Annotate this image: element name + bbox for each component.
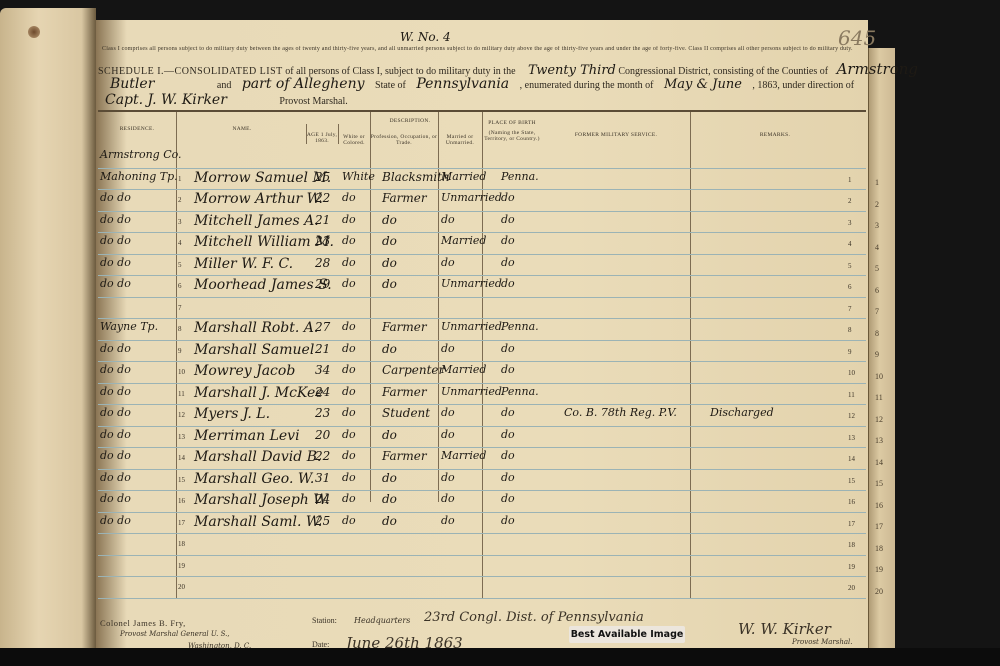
age: 24 <box>315 492 330 506</box>
line-number: 4 <box>848 240 852 248</box>
title-line-2: Butler and part of Allegheny State of Pe… <box>110 76 854 92</box>
line-number: 14 <box>848 455 855 463</box>
table-row: do do10Mowrey Jacob34doCarpenterMarriedd… <box>98 361 866 384</box>
table-row: 1919 <box>98 555 866 578</box>
person-name: Myers J. L. <box>194 406 270 422</box>
occupation: Farmer <box>382 385 427 399</box>
binding-hole <box>28 26 40 38</box>
row-number: 13 <box>178 433 185 441</box>
white-or-colored: do <box>342 449 356 462</box>
row-number: 8 <box>178 325 182 333</box>
residence: do do <box>100 363 131 376</box>
line-number: 19 <box>848 563 855 571</box>
row-number: 7 <box>178 304 182 312</box>
age: 21 <box>315 342 330 356</box>
marital-status: do <box>441 342 455 355</box>
line-number: 12 <box>848 412 855 420</box>
occupation: do <box>382 428 397 442</box>
occupation: Student <box>382 406 430 420</box>
facing-line-number: 1 <box>875 178 879 187</box>
white-or-colored: do <box>342 342 356 355</box>
row-number: 1 <box>178 175 182 183</box>
marshal-handwritten: Capt. J. W. Kirker <box>105 92 227 108</box>
person-name: Marshall David B. <box>194 449 321 465</box>
facing-line-number: 7 <box>875 307 879 316</box>
marital-status: Married <box>441 449 486 462</box>
marital-status: Unmarried <box>441 320 502 333</box>
table-row: do do12Myers J. L.23doStudentdodoCo. B. … <box>98 404 866 427</box>
occupation: Farmer <box>382 191 427 205</box>
white-or-colored: do <box>342 471 356 484</box>
marital-status: do <box>441 471 455 484</box>
place-of-birth: do <box>501 256 515 269</box>
col-white-colored: White or Colored. <box>338 134 370 146</box>
table-row: do do11Marshall J. McKee24doFarmerUnmarr… <box>98 383 866 406</box>
marital-status: do <box>441 514 455 527</box>
left-page <box>0 8 96 658</box>
enumerated-label: , enumerated during the month of <box>520 80 654 91</box>
line-number: 5 <box>848 262 852 270</box>
facing-line-number: 19 <box>875 565 883 574</box>
white-or-colored: do <box>342 428 356 441</box>
scan-border <box>0 648 1000 666</box>
col-residence: RESIDENCE. <box>102 126 172 132</box>
col-married: Married or Unmarried. <box>438 134 482 146</box>
marital-status: Married <box>441 170 486 183</box>
addressee-title: Provost Marshal General U. S., <box>120 630 230 638</box>
table-row: do do6Moorhead James S.29dodoUnmarrieddo… <box>98 275 866 298</box>
residence: do do <box>100 406 131 419</box>
white-or-colored: do <box>342 385 356 398</box>
age: 22 <box>315 191 330 205</box>
table-row: Armstrong Co. <box>98 146 866 169</box>
table-row: do do2Morrow Arthur W.22doFarmerUnmarrie… <box>98 189 866 212</box>
table-row: 1818 <box>98 533 866 556</box>
facing-line-number: 5 <box>875 264 879 273</box>
facing-page-edge: 1234567891011121314151617181920 <box>868 48 895 648</box>
state-handwritten: Pennsylvania <box>416 76 509 92</box>
row-number: 15 <box>178 476 185 484</box>
occupation: do <box>382 471 397 485</box>
age: 31 <box>315 471 330 485</box>
line-number: 9 <box>848 348 852 356</box>
residence: do do <box>100 256 131 269</box>
place-of-birth: do <box>501 342 515 355</box>
facing-line-number: 11 <box>875 393 883 402</box>
residence: do do <box>100 385 131 398</box>
enrollment-table: RESIDENCE. NAME. AGE 1 July, 1863. White… <box>98 110 866 598</box>
table-row: Wayne Tp.8Marshall Robt. A.27doFarmerUnm… <box>98 318 866 341</box>
person-name: Morrow Arthur W. <box>194 191 323 207</box>
line-number: 10 <box>848 369 855 377</box>
and-label: and <box>217 80 231 91</box>
place-of-birth: do <box>501 428 515 441</box>
person-name: Marshall Saml. W. <box>194 514 322 530</box>
line-number: 16 <box>848 498 855 506</box>
person-name: Mitchell William M. <box>194 234 334 250</box>
occupation: do <box>382 213 397 227</box>
place-of-birth: Penna. <box>501 385 539 398</box>
person-name: Mitchell James A. <box>194 213 319 229</box>
line-number: 15 <box>848 477 855 485</box>
line-number: 2 <box>848 197 852 205</box>
col-place-of-birth-sub: (Naming the State, Territory, or Country… <box>482 130 542 142</box>
station-label: Station: <box>312 616 337 625</box>
residence: Mahoning Tp. <box>100 170 178 183</box>
table-row: do do15Marshall Geo. W.31dodododo15 <box>98 469 866 492</box>
line-number: 20 <box>848 584 855 592</box>
facing-line-number: 6 <box>875 286 879 295</box>
row-number: 5 <box>178 261 182 269</box>
white-or-colored: do <box>342 320 356 333</box>
row-number: 20 <box>178 583 185 591</box>
white-or-colored: do <box>342 191 356 204</box>
occupation: do <box>382 234 397 248</box>
person-name: Marshall Geo. W. <box>194 471 314 487</box>
occupation: do <box>382 514 397 528</box>
state-label: State of <box>375 80 406 91</box>
occupation: Farmer <box>382 449 427 463</box>
place-of-birth: do <box>501 363 515 376</box>
row-number: 14 <box>178 454 185 462</box>
residence: Armstrong Co. <box>100 148 182 161</box>
residence: Wayne Tp. <box>100 320 158 333</box>
place-of-birth: do <box>501 191 515 204</box>
facing-line-number: 2 <box>875 200 879 209</box>
line-number: 13 <box>848 434 855 442</box>
occupation: do <box>382 256 397 270</box>
line-number: 8 <box>848 326 852 334</box>
facing-line-number: 16 <box>875 501 883 510</box>
row-number: 4 <box>178 239 182 247</box>
age: 21 <box>315 213 330 227</box>
age: 23 <box>315 406 330 420</box>
class-definition-note: Class I comprises all persons subject to… <box>102 46 862 52</box>
row-number: 11 <box>178 390 185 398</box>
table-row: do do17Marshall Saml. W.25dodododo17 <box>98 512 866 535</box>
months-handwritten: May & June <box>664 77 742 92</box>
table-row: 77 <box>98 297 866 320</box>
marital-status: Unmarried <box>441 385 502 398</box>
marital-status: Married <box>441 234 486 247</box>
age: 20 <box>315 428 330 442</box>
residence: do do <box>100 428 131 441</box>
signature-label: Provost Marshal. <box>792 638 853 646</box>
year-label: , 1863, under direction of <box>752 80 854 91</box>
residence: do do <box>100 213 131 226</box>
place-of-birth: do <box>501 492 515 505</box>
person-name: Morrow Samuel M. <box>194 170 331 186</box>
row-number: 16 <box>178 497 185 505</box>
row-number: 6 <box>178 282 182 290</box>
age: 25 <box>315 514 330 528</box>
row-number: 3 <box>178 218 182 226</box>
residence: do do <box>100 191 131 204</box>
table-row: Mahoning Tp.1Morrow Samuel M.25WhiteBlac… <box>98 168 866 191</box>
residence: do do <box>100 492 131 505</box>
place-of-birth: do <box>501 514 515 527</box>
table-row: do do9Marshall Samuel21dodododo9 <box>98 340 866 363</box>
table-row: do do3Mitchell James A.21dodododo3 <box>98 211 866 234</box>
person-name: Merriman Levi <box>194 428 300 444</box>
residence: do do <box>100 342 131 355</box>
top-mark: W. No. 4 <box>400 30 451 44</box>
station-handwritten: 23rd Congl. Dist. of Pennsylvania <box>424 610 644 625</box>
marshal-label: Provost Marshal. <box>279 96 347 107</box>
facing-line-number: 13 <box>875 436 883 445</box>
col-description: DESCRIPTION. <box>338 118 482 124</box>
line-number: 7 <box>848 305 852 313</box>
white-or-colored: White <box>342 170 375 183</box>
person-name: Miller W. F. C. <box>194 256 293 272</box>
col-age: AGE 1 July, 1863. <box>306 132 338 144</box>
age: 27 <box>315 320 330 334</box>
person-name: Marshall Samuel <box>194 342 314 358</box>
line-number: 11 <box>848 391 855 399</box>
table-row: do do4Mitchell William M.23dodoMarrieddo… <box>98 232 866 255</box>
place-of-birth: do <box>501 449 515 462</box>
col-profession: Profession, Occupation, or Trade. <box>370 134 438 146</box>
place-of-birth: do <box>501 213 515 226</box>
residence: do do <box>100 234 131 247</box>
col-name: NAME. <box>178 126 306 132</box>
table-row: do do5Miller W. F. C.28dodododo5 <box>98 254 866 277</box>
row-number: 18 <box>178 540 185 548</box>
residence: do do <box>100 449 131 462</box>
facing-line-number: 15 <box>875 479 883 488</box>
age: 24 <box>315 385 330 399</box>
remarks: Discharged <box>710 406 774 419</box>
person-name: Marshall Joseph W. <box>194 492 330 508</box>
age: 34 <box>315 363 330 377</box>
table-row: do do16Marshall Joseph W.24dodododo16 <box>98 490 866 513</box>
line-number: 3 <box>848 219 852 227</box>
row-number: 9 <box>178 347 182 355</box>
facing-line-number: 17 <box>875 522 883 531</box>
facing-line-number: 10 <box>875 372 883 381</box>
white-or-colored: do <box>342 492 356 505</box>
white-or-colored: do <box>342 363 356 376</box>
row-number: 12 <box>178 411 185 419</box>
station-printed: Headquarters <box>354 616 410 625</box>
person-name: Marshall Robt. A. <box>194 320 318 336</box>
table-row: do do14Marshall David B.22doFarmerMarrie… <box>98 447 866 470</box>
occupation: Blacksmith <box>382 170 450 184</box>
addressee-name: Colonel James B. Fry, <box>100 618 186 628</box>
age: 25 <box>315 170 330 184</box>
line-number: 1 <box>848 176 852 184</box>
age: 23 <box>315 234 330 248</box>
marital-status: Unmarried <box>441 191 502 204</box>
line-number: 6 <box>848 283 852 291</box>
table-row: 2020 <box>98 576 866 599</box>
facing-line-number: 20 <box>875 587 883 596</box>
place-of-birth: Penna. <box>501 320 539 333</box>
row-number: 2 <box>178 196 182 204</box>
white-or-colored: do <box>342 406 356 419</box>
facing-line-number: 3 <box>875 221 879 230</box>
line-number: 17 <box>848 520 855 528</box>
age: 22 <box>315 449 330 463</box>
facing-line-number: 9 <box>875 350 879 359</box>
residence: do do <box>100 471 131 484</box>
place-of-birth: Penna. <box>501 170 539 183</box>
facing-line-number: 12 <box>875 415 883 424</box>
marital-status: do <box>441 256 455 269</box>
occupation: Farmer <box>382 320 427 334</box>
marital-status: Married <box>441 363 486 376</box>
marital-status: do <box>441 428 455 441</box>
person-name: Moorhead James S. <box>194 277 332 293</box>
residence: do do <box>100 277 131 290</box>
residence: do do <box>100 514 131 527</box>
place-of-birth: do <box>501 406 515 419</box>
age: 29 <box>315 277 330 291</box>
facing-line-number: 4 <box>875 243 879 252</box>
marital-status: do <box>441 492 455 505</box>
marital-status: do <box>441 213 455 226</box>
white-or-colored: do <box>342 256 356 269</box>
white-or-colored: do <box>342 514 356 527</box>
former-service: Co. B. 78th Reg. P.V. <box>564 406 677 419</box>
occupation: Carpenter <box>382 363 444 377</box>
person-name: Marshall J. McKee <box>194 385 324 401</box>
col-former-service: FORMER MILITARY SERVICE. <box>542 132 690 138</box>
col-remarks: REMARKS. <box>690 132 860 138</box>
white-or-colored: do <box>342 234 356 247</box>
marital-status: do <box>441 406 455 419</box>
line-number: 18 <box>848 541 855 549</box>
facing-line-number: 14 <box>875 458 883 467</box>
col-place-of-birth: PLACE OF BIRTH <box>482 120 542 126</box>
marital-status: Unmarried <box>441 277 502 290</box>
row-number: 19 <box>178 562 185 570</box>
facing-line-number: 18 <box>875 544 883 553</box>
place-of-birth: do <box>501 234 515 247</box>
person-name: Mowrey Jacob <box>194 363 295 379</box>
occupation: do <box>382 492 397 506</box>
part-handwritten: part of Allegheny <box>242 76 365 92</box>
white-or-colored: do <box>342 277 356 290</box>
best-available-image-badge: Best Available Image <box>569 626 685 643</box>
occupation: do <box>382 277 397 291</box>
title-line-3: Capt. J. W. Kirker Provost Marshal. <box>105 92 348 108</box>
schedule-footer: Colonel James B. Fry, Provost Marshal Ge… <box>98 604 868 648</box>
signature: W. W. Kirker <box>738 620 831 638</box>
white-or-colored: do <box>342 213 356 226</box>
age: 28 <box>315 256 330 270</box>
table-row: do do13Merriman Levi20dodododo13 <box>98 426 866 449</box>
occupation: do <box>382 342 397 356</box>
county2-handwritten: Butler <box>110 76 154 92</box>
row-number: 17 <box>178 519 185 527</box>
row-number: 10 <box>178 368 185 376</box>
facing-line-number: 8 <box>875 329 879 338</box>
place-of-birth: do <box>501 471 515 484</box>
place-of-birth: do <box>501 277 515 290</box>
